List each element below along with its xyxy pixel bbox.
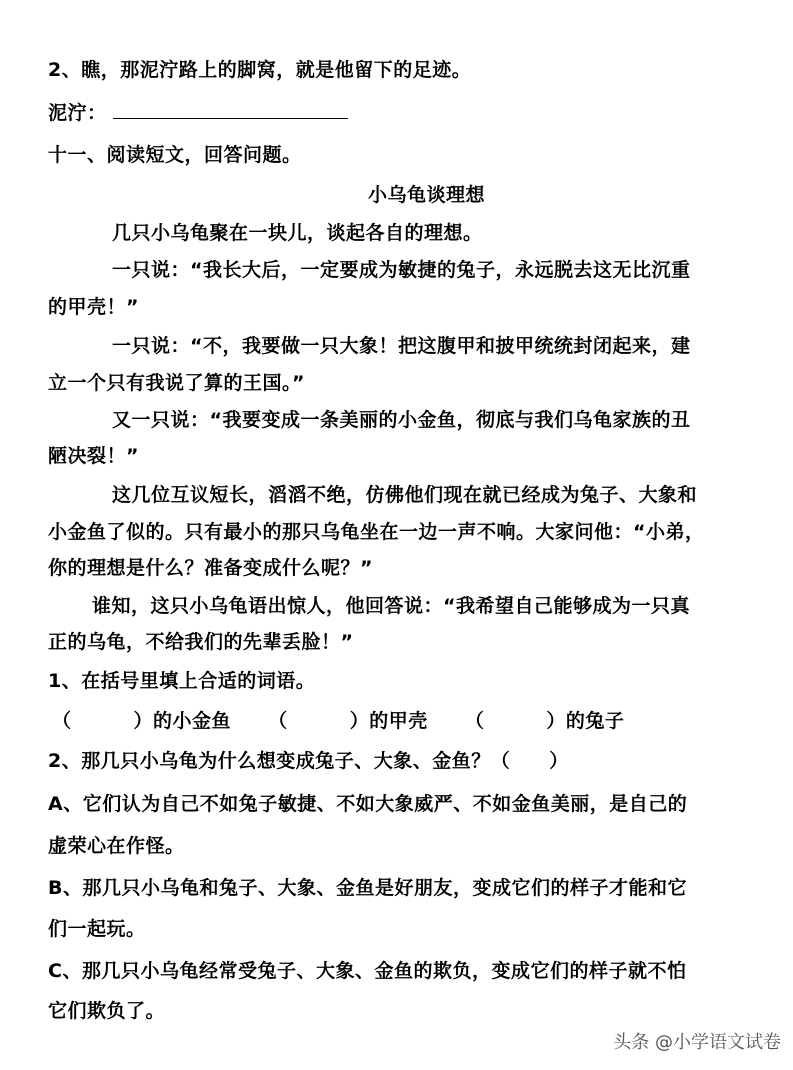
fill-phrase: 的兔子: [566, 710, 625, 732]
passage-line: 立一个只有我说了算的王国。”: [48, 371, 305, 395]
section-heading: 十一、阅读短文，回答问题。: [48, 143, 302, 167]
watermark: 头条 @小学语文试卷: [613, 1028, 781, 1054]
fill-item[interactable]: （）的甲壳: [268, 709, 428, 733]
word-label: 泥泞：: [48, 102, 107, 124]
passage-line: 一只说：“我长大后，一定要成为敏捷的兔子，永远脱去这无比沉重: [112, 258, 691, 282]
fill-item[interactable]: （）的兔子: [465, 709, 625, 733]
fill-phrase: 的小金鱼: [153, 710, 231, 732]
q1-fill-row: （）的小金鱼 （）的甲壳 （）的兔子: [52, 709, 624, 733]
passage-line: 几只小乌龟聚在一块儿，谈起各自的理想。: [112, 221, 483, 245]
passage-line: 你的理想是什么？准备变成什么呢？”: [48, 556, 373, 580]
close-paren: ）: [134, 710, 154, 732]
q1-prompt: 1、在括号里填上合适的词语。: [48, 669, 315, 693]
option-a: A、它们认为自己不如兔子敏捷、不如大象威严、不如金鱼美丽，是自己的: [48, 792, 687, 816]
passage-line: 一只说：“不，我要做一只大象！把这腹甲和披甲统统封闭起来，建: [112, 334, 691, 358]
option-a-cont: 虚荣心在作怪。: [48, 834, 185, 858]
open-paren: （: [52, 710, 72, 732]
q2-prompt: 2、那几只小乌龟为什么想变成兔子、大象、金鱼？（ ）: [48, 749, 569, 773]
passage-title: 小乌龟谈理想: [0, 183, 793, 207]
fill-item[interactable]: （）的小金鱼: [52, 709, 231, 733]
question-sentence: 2、瞧，那泥泞路上的脚窝，就是他留下的足迹。: [48, 58, 471, 82]
close-paren: ）: [546, 710, 566, 732]
passage-line: 正的乌龟，不给我们的先辈丢脸！”: [48, 630, 354, 654]
word-fill-row: 泥泞：: [48, 100, 348, 125]
option-b-cont: 们一起玩。: [48, 917, 146, 941]
passage-line: 小金鱼了似的。只有最小的那只乌龟坐在一边一声不响。大家问他：“小弟，: [48, 520, 705, 544]
passage-line: 这几位互议短长，滔滔不绝，仿佛他们现在就已经成为兔子、大象和: [112, 483, 697, 507]
open-paren: （: [465, 710, 485, 732]
option-b: B、那几只小乌龟和兔子、大象、金鱼是好朋友，变成它们的样子才能和它: [48, 876, 687, 900]
passage-line: 谁知，这只小乌龟语出惊人，他回答说：“我希望自己能够成为一只真: [92, 594, 690, 618]
passage-line: 的甲壳！”: [48, 295, 139, 319]
option-c-cont: 它们欺负了。: [48, 999, 165, 1023]
open-paren: （: [268, 710, 288, 732]
passage-line: 陋决裂！”: [48, 444, 139, 468]
answer-blank[interactable]: [113, 100, 348, 119]
fill-phrase: 的甲壳: [369, 710, 428, 732]
passage-line: 又一只说：“我要变成一条美丽的小金鱼，彻底与我们乌龟家族的丑: [112, 408, 691, 432]
close-paren: ）: [350, 710, 370, 732]
option-c: C、那几只小乌龟经常受兔子、大象、金鱼的欺负，变成它们的样子就不怕: [48, 959, 686, 983]
